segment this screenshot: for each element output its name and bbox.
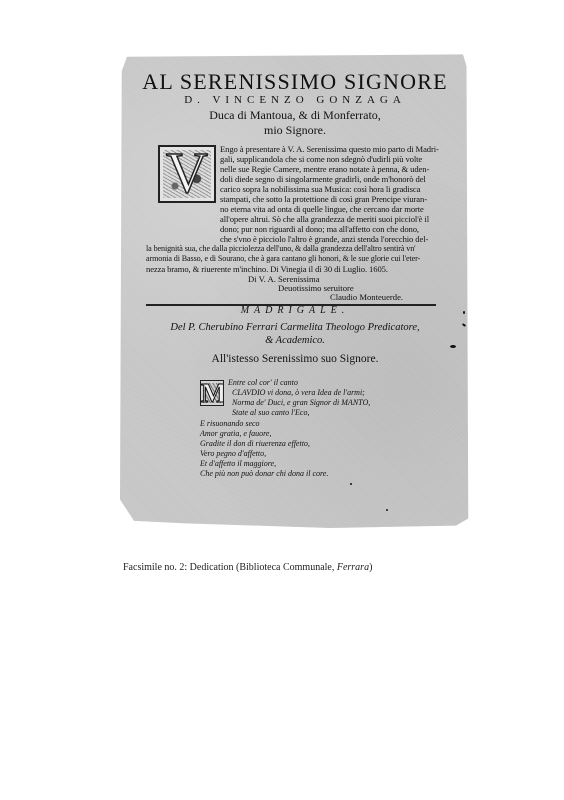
body-line: carico sopra la nobilissima sua Musica: … (220, 184, 420, 194)
ink-speck (350, 483, 352, 485)
madrigal-author: Del P. Cherubino Ferrari Carmelita Theol… (120, 322, 470, 333)
poem-line: State al suo canto l'Eco, (232, 408, 309, 418)
ornamental-initial-v-icon: V (158, 145, 216, 203)
ornamental-initial-m-icon: M (200, 380, 224, 406)
body-line: nezza bramo, & riuerente m'inchino. Di V… (146, 264, 388, 274)
caption-text: Facsimile no. 2: Dedication (Biblioteca … (123, 562, 334, 573)
initial-letter: V (160, 145, 214, 203)
poem-line: CLAVDIO vi dona, ò vera Idea de l'armi; (232, 388, 365, 398)
dedicatee-title: Duca di Mantoua, & di Monferrato, (120, 108, 470, 123)
madrigal-dedication: All'istesso Serenissimo suo Signore. (120, 353, 470, 365)
body-line: all'opere altrui. Sò che alla grandezza … (220, 214, 429, 224)
caption-location: Ferrara (337, 562, 369, 573)
madrigal-author-role: & Academico. (120, 335, 470, 346)
body-line: doli diede segno di singolarmente gradir… (220, 174, 426, 184)
poem-line: Entre col cor' il canto (228, 378, 298, 388)
poem-line: Che più non può donar chi dona il core. (200, 469, 328, 479)
signature-name: Claudio Monteuerde. (330, 292, 403, 302)
poem-line: Amor gratia, e fauore, (200, 429, 271, 439)
body-line: che s'vno è picciolo l'altro è grande, a… (220, 234, 428, 244)
initial-letter: M (201, 380, 223, 406)
body-line: no eterna vita ad onta di quelle lingue,… (220, 204, 424, 214)
body-line: gali, supplicandola che si come non sdeg… (220, 154, 422, 164)
madrigal-title: MADRIGALE. (120, 305, 470, 316)
facsimile-page-image: AL SERENISSIMO SIGNORE D. VINCENZO GONZA… (120, 52, 470, 528)
poem-line: Et d'affetto il maggiore, (200, 459, 276, 469)
body-line: armonia di Basso, e di Sourano, che à ga… (146, 254, 420, 264)
dedicatee-address: mio Signore. (120, 123, 470, 138)
ink-speck (450, 345, 456, 348)
dedicatee-name: D. VINCENZO GONZAGA (120, 94, 470, 106)
poem-line: Norma de' Duci, e gran Signor di MANTO, (232, 398, 370, 408)
body-line: la benignità sua, che dalla picciolezza … (146, 244, 416, 254)
body-line: Engo à presentare à V. A. Serenissima qu… (220, 144, 439, 154)
body-line: nelle sue Regie Camere, mentre erano not… (220, 164, 429, 174)
ink-speck (463, 311, 465, 314)
caption-close: ) (369, 562, 372, 573)
poem-line: Vero pegno d'affetto, (200, 449, 266, 459)
figure-caption: Facsimile no. 2: Dedication (Biblioteca … (123, 562, 372, 573)
poem-line: Gradite il don di riuerenza effetto, (200, 439, 310, 449)
body-line: dono; pur non riguardi al dono; ma all'a… (220, 224, 419, 234)
poem-line: E risuonando seco (200, 419, 260, 429)
body-line: stampati, che sotto la protettione di co… (220, 194, 427, 204)
ink-speck (386, 509, 388, 511)
dedication-heading: AL SERENISSIMO SIGNORE (120, 69, 470, 95)
